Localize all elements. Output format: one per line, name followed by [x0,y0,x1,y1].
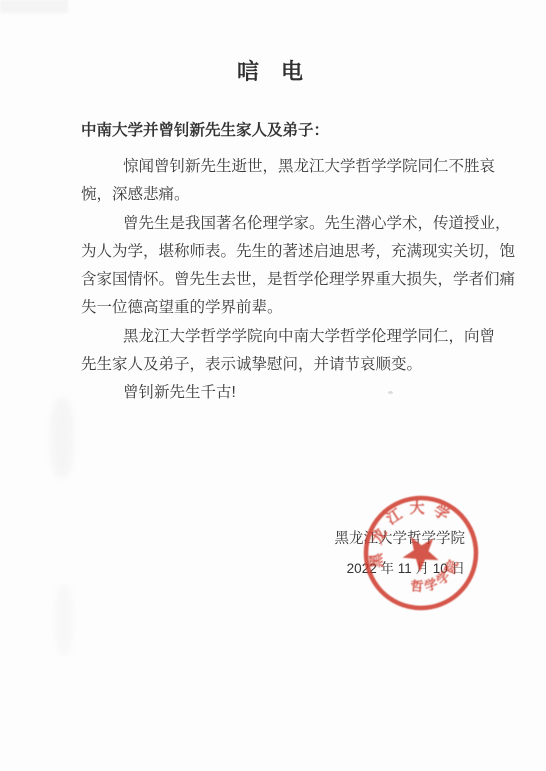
document-title: 唁 电 [0,57,540,87]
scan-artifact [0,0,68,13]
body-text-line: 先生家人及弟子，表示诚挚慰问，并请节哀顺变。 [81,351,526,379]
star-icon [396,527,445,575]
body-text-line: 黑龙江大学哲学学院向中南大学哲学伦理学同仁，向曾 [81,323,526,351]
letter-body: 惊闻曾钊新先生逝世，黑龙江大学哲学学院同仁不胜哀 惋，深感悲痛。 曾先生是我国著… [81,153,526,408]
official-seal: 黑龙江大学 哲学学院 [346,478,496,628]
body-text-line: 惋，深感悲痛。 [81,181,526,209]
salutation-line: 中南大学并曾钊新先生家人及弟子： [81,120,329,142]
body-text-line: 曾先生是我国著名伦理学家。先生潜心学术，传道授业， [81,210,526,238]
letter-page: 唁 电 中南大学并曾钊新先生家人及弟子： 惊闻曾钊新先生逝世，黑龙江大学哲学学院… [0,0,546,771]
body-text-line: 失一位德高望重的学界前辈。 [81,294,526,322]
scan-artifact [55,585,73,655]
body-text-line: 惊闻曾钊新先生逝世，黑龙江大学哲学学院同仁不胜哀 [81,153,526,181]
scan-artifact [50,398,74,478]
body-text-line: 为人为学，堪称师表。先生的著述启迪思考，充满现实关切，饱 [81,238,526,266]
body-text-line: 曾钊新先生千古! [81,379,526,407]
body-text-line: 含家国情怀。曾先生去世，是哲学伦理学界重大损失，学者们痛 [81,266,526,294]
